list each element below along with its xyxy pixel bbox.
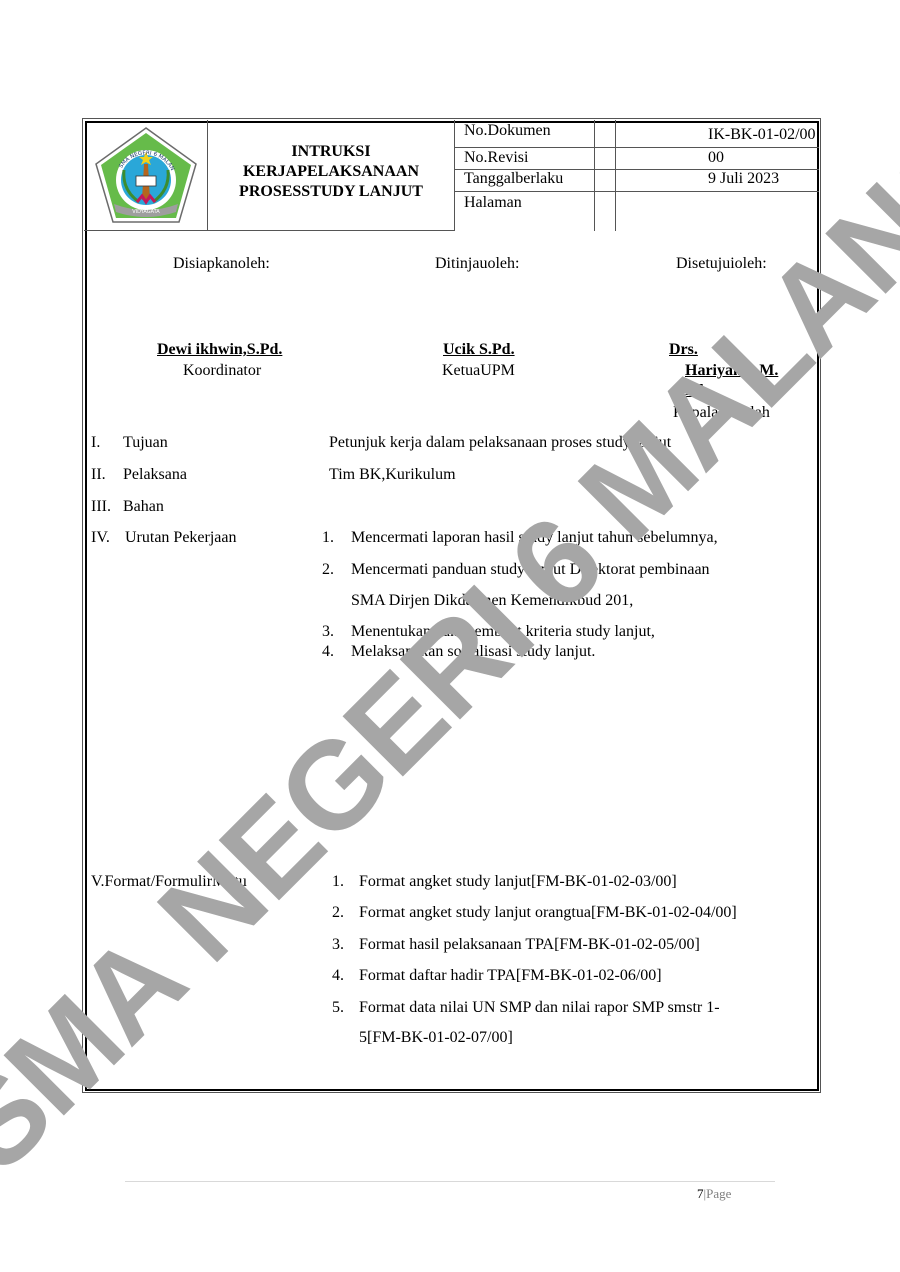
signature-name-approved-line1: Drs. bbox=[669, 340, 698, 360]
title-line: INTRUKSI bbox=[239, 142, 423, 162]
meta-label: No.Revisi bbox=[464, 149, 528, 167]
list-item: Format data nilai UN SMP dan nilai rapor… bbox=[359, 998, 720, 1018]
list-item-number: 4. bbox=[332, 966, 344, 986]
document-title: INTRUKSI KERJAPELAKSANAAN PROSESSTUDY LA… bbox=[239, 142, 423, 202]
list-item-number: 3. bbox=[332, 935, 344, 955]
list-item-continued: SMA Dirjen Dikdasmen Kemendikbud 201, bbox=[351, 591, 633, 611]
title-line: KERJAPELAKSANAAN bbox=[239, 162, 423, 182]
signature-heading-prepared: Disiapkanoleh: bbox=[173, 254, 270, 274]
meta-row-no-dokumen: No.Dokumen IK-BK-01-02/00 bbox=[455, 120, 819, 148]
signature-position-prepared: Koordinator bbox=[183, 361, 261, 381]
list-item-number: 5. bbox=[332, 998, 344, 1018]
section-num: III. bbox=[91, 497, 111, 517]
list-item: Format angket study lanjut orangtua[FM-B… bbox=[359, 903, 737, 923]
signature-name-approved-line2: Hariyanto,M. bbox=[685, 361, 778, 381]
title-line: PROSESSTUDY LANJUT bbox=[239, 182, 423, 202]
section-content-pelaksana: Tim BK,Kurikulum bbox=[329, 465, 456, 485]
meta-label: No.Dokumen bbox=[464, 122, 551, 140]
meta-value: 9 Juli 2023 bbox=[708, 170, 779, 188]
list-item-number: 2. bbox=[332, 903, 344, 923]
page-footer: 7|Page bbox=[697, 1186, 731, 1202]
list-item-number: 4. bbox=[322, 642, 334, 662]
list-item: Mencermati laporan hasil study lanjut ta… bbox=[351, 528, 718, 548]
school-crest-icon: VIDYAGATA SMA NEGERI 6 MALANG bbox=[84, 120, 208, 231]
meta-value: 00 bbox=[708, 149, 724, 167]
signature-position-reviewed: KetuaUPM bbox=[442, 361, 515, 381]
meta-label: Halaman bbox=[464, 194, 522, 212]
list-item: Format hasil pelaksanaan TPA[FM-BK-01-02… bbox=[359, 935, 700, 955]
list-item-number: 3. bbox=[322, 622, 334, 642]
section-num: I. bbox=[91, 433, 100, 453]
section-label-format-formulir-mutu: V.Format/FormulirMutu bbox=[91, 872, 247, 892]
signature-position-approved: KepalaSekolah bbox=[673, 403, 770, 423]
meta-value: IK-BK-01-02/00 bbox=[708, 126, 816, 144]
section-num: IV. bbox=[91, 528, 110, 548]
section-label-urutan-pekerjaan: Urutan Pekerjaan bbox=[125, 528, 237, 548]
logo-cell: VIDYAGATA SMA NEGERI 6 MALANG bbox=[84, 120, 208, 231]
document-header: VIDYAGATA SMA NEGERI 6 MALANG INTRUKSI K… bbox=[84, 120, 819, 231]
document-title-cell: INTRUKSI KERJAPELAKSANAAN PROSESSTUDY LA… bbox=[208, 120, 455, 231]
list-item-number: 1. bbox=[332, 872, 344, 892]
list-item: Melaksanakan sosialisasi study lanjut. bbox=[351, 642, 595, 662]
signature-name-approved-line3: Pd. bbox=[685, 381, 708, 401]
meta-label: Tanggalberlaku bbox=[464, 170, 563, 188]
list-item: Menentukan dan membuat kriteria study la… bbox=[351, 622, 655, 642]
meta-row-tanggal-berlaku: Tanggalberlaku 9 Juli 2023 bbox=[455, 170, 819, 192]
svg-text:VIDYAGATA: VIDYAGATA bbox=[132, 209, 160, 215]
meta-row-halaman: Halaman bbox=[455, 192, 819, 231]
document-meta-table: No.Dokumen IK-BK-01-02/00 No.Revisi 00 T… bbox=[455, 120, 819, 231]
meta-row-no-revisi: No.Revisi 00 bbox=[455, 148, 819, 170]
signature-name-reviewed: Ucik S.Pd. bbox=[443, 340, 515, 360]
section-content-tujuan: Petunjuk kerja dalam pelaksanaan proses … bbox=[329, 433, 671, 453]
list-item: Format angket study lanjut[FM-BK-01-02-0… bbox=[359, 872, 677, 892]
signature-heading-reviewed: Ditinjauoleh: bbox=[435, 254, 519, 274]
footer-divider bbox=[125, 1181, 775, 1182]
list-item-number: 2. bbox=[322, 560, 334, 580]
section-num: II. bbox=[91, 465, 106, 485]
list-item-number: 1. bbox=[322, 528, 334, 548]
signature-name-prepared: Dewi ikhwin,S.Pd. bbox=[157, 340, 282, 360]
section-label-tujuan: Tujuan bbox=[123, 433, 168, 453]
signature-heading-approved: Disetujuioleh: bbox=[676, 254, 767, 274]
list-item: Mencermati panduan study lanjut Direktor… bbox=[351, 560, 710, 580]
list-item: Format daftar hadir TPA[FM-BK-01-02-06/0… bbox=[359, 966, 662, 986]
list-item-continued: 5[FM-BK-01-02-07/00] bbox=[359, 1028, 513, 1048]
page-label: |Page bbox=[704, 1186, 732, 1201]
section-label-bahan: Bahan bbox=[123, 497, 164, 517]
section-label-pelaksana: Pelaksana bbox=[123, 465, 187, 485]
